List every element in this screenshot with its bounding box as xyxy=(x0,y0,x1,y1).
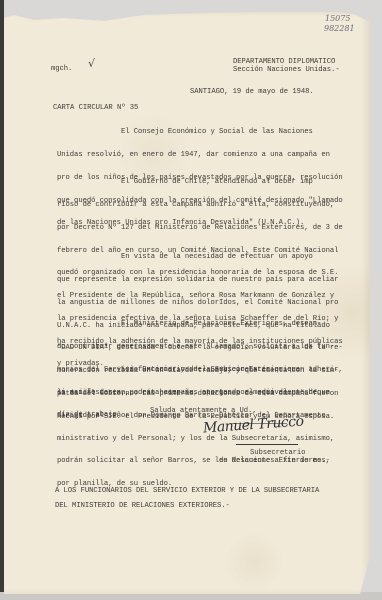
signature-underline xyxy=(236,444,298,445)
addressee-line-2: DEL MINISTERIO DE RELACIONES EXTERIORES.… xyxy=(55,503,230,511)
initials: mgch. xyxy=(51,66,72,74)
checkmark-icon: √ xyxy=(88,60,95,68)
signer-department: de Relaciones Exteriores.- xyxy=(219,458,330,466)
text-line: En vista de la necesidad de efectuar un … xyxy=(57,254,357,262)
text-line: rioso de contribuir a esta campaña adhir… xyxy=(57,202,357,210)
text-line: que represente la expresión solidaria de… xyxy=(57,277,357,285)
section-name: Sección Naciones Unidas.- xyxy=(233,67,340,75)
text-line: Los funcionarios del Servicio Exterior q… xyxy=(57,367,357,375)
text-line: por Decreto Nº 127 del Ministerio de Rel… xyxy=(57,225,357,233)
addressee-line-1: A LOS FUNCIONARIOS DEL SERVICIO EXTERIOR… xyxy=(55,488,319,496)
scan-left-edge xyxy=(0,0,4,600)
text-line: do contribuir generosamente a este "Llam… xyxy=(57,344,357,352)
text-line: ministrativo y del Personal; y los de la… xyxy=(57,436,357,444)
text-line: El Ministerio de Relaciones Exteriores, … xyxy=(57,321,357,329)
circular-title: CARTA CIRCULAR Nº 35 xyxy=(53,105,138,113)
date-line: SANTIAGO, 19 de mayo de 1948. xyxy=(190,89,314,97)
text-line: Unidas resolvió, en enero de 1947, dar c… xyxy=(57,152,357,160)
closing-salutation: Saluda atentamente a Ud., xyxy=(150,408,257,416)
archive-mark-2: 982281 xyxy=(324,25,355,33)
text-line: El Consejo Económico y Social de las Nac… xyxy=(57,129,357,137)
archive-mark-1: 15075 xyxy=(325,15,350,23)
text-line: lo manifestaren, podrán hacer sus aporte… xyxy=(57,390,357,398)
text-line: El Gobierno de Chile, atendiendo al debe… xyxy=(57,179,357,187)
